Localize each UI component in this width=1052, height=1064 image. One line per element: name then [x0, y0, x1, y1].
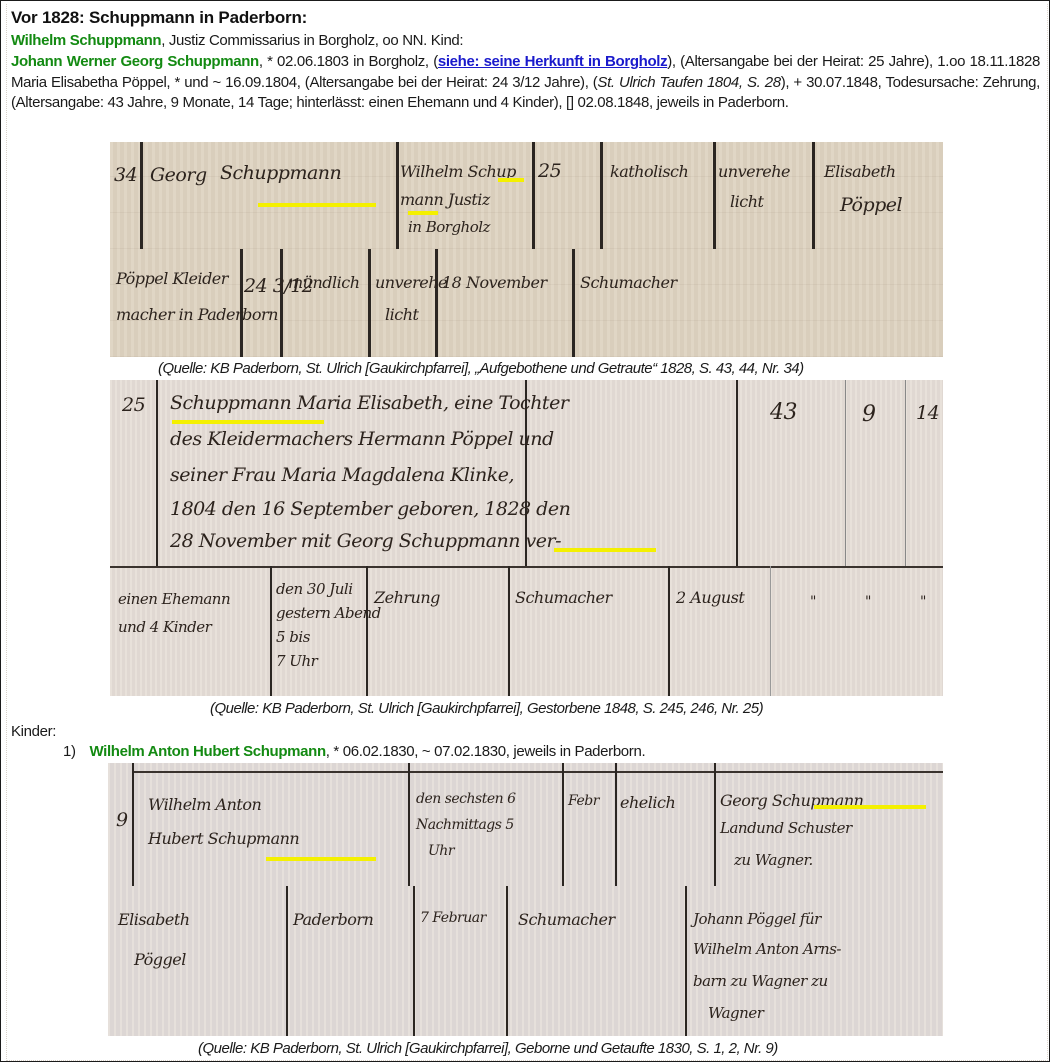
marriage-source-caption: (Quelle: KB Paderborn, St. Ulrich [Gauki…: [158, 360, 804, 377]
children-label: Kinder:: [11, 722, 1040, 741]
child-name: Wilhelm Anton Hubert Schupmann: [89, 743, 325, 760]
death-record-scan-top: 25 Schuppmann Maria Elisabeth, eine Toch…: [110, 380, 943, 566]
marriage-record-scan-bottom: Pöppel Kleider macher in Paderborn 24 3/…: [110, 249, 943, 357]
main-person-baptism-source: St. Ulrich Taufen 1804, S. 28: [597, 74, 780, 91]
highlight-mark: [408, 211, 438, 215]
scan-entry-number: 34: [114, 164, 137, 186]
herkunft-borgholz-link[interactable]: siehe: seine Herkunft in Borgholz: [438, 53, 667, 70]
highlight-mark: [498, 178, 524, 182]
baptism-source-caption: (Quelle: KB Paderborn, St. Ulrich [Gauki…: [198, 1040, 778, 1057]
page-title: Vor 1828: Schuppmann in Paderborn:: [11, 8, 1040, 27]
highlight-mark: [814, 805, 926, 809]
main-person-paragraph: Johann Werner Georg Schuppmann, * 02.06.…: [11, 52, 1040, 114]
highlight-mark: [266, 857, 376, 861]
death-source-caption: (Quelle: KB Paderborn, St. Ulrich [Gauki…: [210, 700, 763, 717]
main-person-name: Johann Werner Georg Schuppmann: [11, 53, 259, 70]
marriage-record-scan-top: 34 Georg Schuppmann Wilhelm Schup mann J…: [110, 142, 943, 249]
father-name: Wilhelm Schuppmann: [11, 32, 161, 49]
highlight-mark: [258, 203, 376, 207]
father-line: Wilhelm Schuppmann, Justiz Commissarius …: [11, 31, 1040, 50]
father-details: , Justiz Commissarius in Borgholz, oo NN…: [161, 32, 463, 49]
main-person-birth: , * 02.06.1803 in Borgholz, (: [259, 53, 438, 70]
baptism-record-scan-bottom: Elisabeth Pöggel Paderborn 7 Februar Sch…: [108, 886, 943, 1036]
baptism-record-scan-top: 9 Wilhelm Anton Hubert Schupmann den sec…: [108, 763, 943, 886]
highlight-mark: [554, 548, 656, 552]
child-entry-1: 1) Wilhelm Anton Hubert Schupmann, * 06.…: [63, 742, 1040, 761]
child-number: 1): [63, 743, 76, 760]
child-details: , * 06.02.1830, ~ 07.02.1830, jeweils in…: [326, 743, 645, 760]
highlight-mark: [172, 420, 324, 424]
death-record-scan-bottom: einen Ehemann und 4 Kinder den 30 Juli g…: [110, 566, 943, 696]
